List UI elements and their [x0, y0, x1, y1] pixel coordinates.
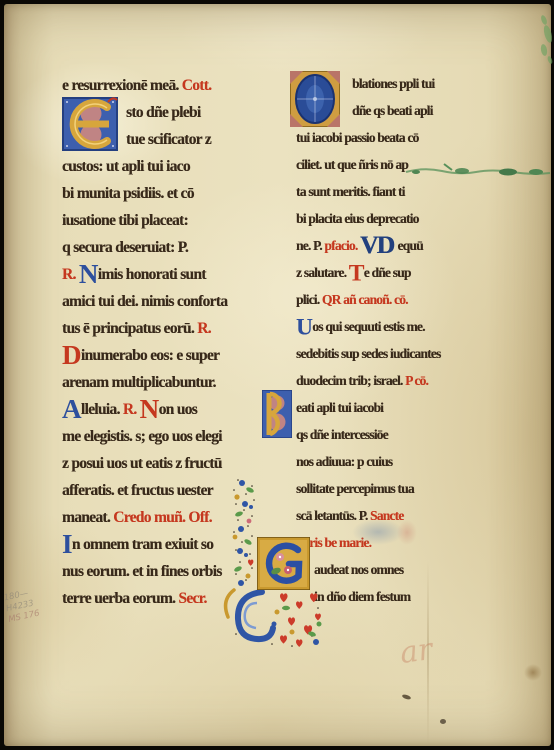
text-line: arenam multiplicabuntur.	[62, 369, 294, 396]
text-line: iusatione tibi placeat:	[62, 207, 294, 234]
text-line: eati apli tui iacobi	[296, 394, 486, 421]
ink-fleck	[440, 719, 446, 724]
text-segment-ink: terre uerba eorum.	[62, 590, 178, 607]
text-segment-ink: nos adiuua: p cuius	[296, 454, 392, 469]
text-segment-red: P cō.	[405, 373, 428, 388]
text-segment-ink: maneat.	[62, 509, 113, 526]
text-segment-ink: n omnem tram exiuit so	[72, 536, 213, 553]
text-line: plici. QR añ canoñ. cō.	[296, 286, 486, 313]
text-line: sedebitis sup sedes iudicantes	[296, 340, 486, 367]
text-segment-ink: eati apli tui iacobi	[296, 400, 383, 415]
stain-spot	[524, 664, 542, 681]
text-line: R. Nimis honorati sunt	[62, 261, 294, 288]
illuminated-initial-o	[290, 71, 340, 127]
text-line: sto dñe plebi	[126, 99, 294, 126]
text-segment-capb: N	[79, 259, 98, 289]
text-segment-vd: VD	[360, 230, 397, 259]
text-segment-ink: dñe qs beati apli	[352, 103, 433, 118]
text-segment-ink: audeat nos omnes	[314, 562, 403, 577]
green-smudge	[528, 12, 554, 64]
text-line: Alleluia. R. Non uos	[62, 396, 294, 423]
text-segment-ink: os qui sequuti estis me.	[312, 319, 424, 334]
text-line: bi placita eius deprecatio	[296, 205, 486, 232]
text-segment-ink: afferatis. et fructus uester	[62, 482, 213, 499]
green-stain	[404, 160, 554, 182]
text-segment-ink: me elegistis. s; ego uos elegi	[62, 428, 222, 445]
text-segment-ink: duodecim trib; israel.	[296, 373, 405, 388]
text-segment-ink: inumerabo eos: e super	[81, 347, 219, 364]
text-line: q secura deseruiat: P.	[62, 234, 294, 261]
text-segment-ink: ciliet. ut que ñris nō ap	[296, 157, 408, 172]
text-segment-ink: in dño diem festum	[314, 589, 410, 604]
text-segment-ink: bi munita psidiis. et cō	[62, 185, 194, 202]
text-line: sollitate percepimus tua	[296, 475, 486, 502]
text-line: in dño diem festum	[314, 583, 486, 610]
text-segment-ink: ne. P.	[296, 238, 324, 253]
pencil-annotation: 180— H4233 MS 176	[3, 587, 41, 626]
text-segment-ink: lleluia.	[81, 401, 123, 418]
text-segment-ink: equū	[397, 238, 422, 253]
text-segment-red: QR añ canoñ. cō.	[322, 292, 408, 307]
text-segment-ink: imis honorati sunt	[98, 266, 206, 283]
text-line: dñe qs beati apli	[352, 97, 486, 124]
text-segment-capb: I	[62, 529, 72, 559]
text-line: qs dñe intercessiōe	[296, 421, 486, 448]
text-line: e resurrexionē meā. Cott.	[62, 72, 294, 99]
manuscript-photo: e resurrexionē meā. Cott.sto dñe plebitu…	[0, 0, 554, 750]
text-segment-capb: U	[296, 314, 312, 340]
text-segment-ink: sedebitis sup sedes iudicantes	[296, 346, 440, 361]
text-segment-ink: e dñe sup	[364, 265, 411, 280]
text-segment-ink: z salutare.	[296, 265, 349, 280]
text-segment-ink: tue scificator z	[126, 131, 211, 148]
text-segment-capr: T	[349, 260, 364, 286]
text-line: me elegistis. s; ego uos elegi	[62, 423, 294, 450]
text-line: audeat nos omnes	[314, 556, 486, 583]
text-segment-ink: z posui uos ut eatis z fructū	[62, 455, 222, 472]
text-segment-red: pfacio.	[324, 238, 360, 253]
text-segment-ink: amici tui dei. nimis conforta	[62, 293, 227, 310]
text-segment-ink: plici.	[296, 292, 322, 307]
text-line: tus ē principatus eorū. R.	[62, 315, 294, 342]
text-line: Dinumerabo eos: e super	[62, 342, 294, 369]
text-segment-red: Secr.	[178, 590, 206, 607]
text-segment-red: R.	[197, 320, 211, 337]
text-line: amici tui dei. nimis conforta	[62, 288, 294, 315]
text-line: tue scificator z	[126, 126, 294, 153]
text-line: ne. P. pfacio. VD equū	[296, 232, 486, 259]
text-segment-ink: tus ē principatus eorū.	[62, 320, 197, 337]
text-line: ta sunt meritis. fiant ti	[296, 178, 486, 205]
text-line: blationes ppli tui	[352, 70, 486, 97]
illuminated-initial-b	[262, 390, 292, 438]
text-segment-capb: A	[62, 394, 81, 424]
text-line: custos: ut apli tui iaco	[62, 153, 294, 180]
text-line: z posui uos ut eatis z fructū	[62, 450, 294, 477]
text-segment-ink: sto dñe plebi	[126, 104, 200, 121]
text-segment-ink: tui iacobi passio beata cō	[296, 130, 418, 145]
text-segment-ink: custos: ut apli tui iaco	[62, 158, 190, 175]
text-line: bi munita psidiis. et cō	[62, 180, 294, 207]
text-line: z salutare. Te dñe sup	[296, 259, 486, 286]
text-line: tui iacobi passio beata cō	[296, 124, 486, 151]
text-segment-capr: N	[140, 394, 159, 424]
text-line: nos adiuua: p cuius	[296, 448, 486, 475]
text-line: Uos qui sequuti estis me.	[296, 313, 486, 340]
pigment-offset-pink	[397, 520, 417, 545]
text-line: duodecim trib; israel. P cō.	[296, 367, 486, 394]
text-segment-red: Credo muñ. Off.	[113, 509, 212, 526]
text-segment-ink: e resurrexionē meā.	[62, 77, 182, 94]
text-segment-ink: qs dñe intercessiōe	[296, 427, 388, 442]
text-segment-ink: ta sunt meritis. fiant ti	[296, 184, 405, 199]
text-segment-red: Cott.	[182, 77, 212, 94]
text-segment-ink: iusatione tibi placeat:	[62, 212, 188, 229]
text-segment-ink: blationes ppli tui	[352, 76, 434, 91]
text-segment-ink: arenam multiplicabuntur.	[62, 374, 216, 391]
illuminated-initial-e	[62, 97, 118, 151]
text-segment-red: R.	[62, 266, 79, 283]
text-segment-capr: D	[62, 340, 81, 370]
text-segment-ink: bi placita eius deprecatio	[296, 211, 419, 226]
ink-scribble: ar	[398, 632, 435, 671]
text-segment-ink: on uos	[159, 401, 197, 418]
text-segment-ink: q secura deseruiat: P.	[62, 239, 188, 256]
illuminated-initial-g	[257, 537, 310, 590]
text-segment-ink: nus eorum. et in fines orbis	[62, 563, 222, 580]
text-segment-red: R.	[123, 401, 140, 418]
